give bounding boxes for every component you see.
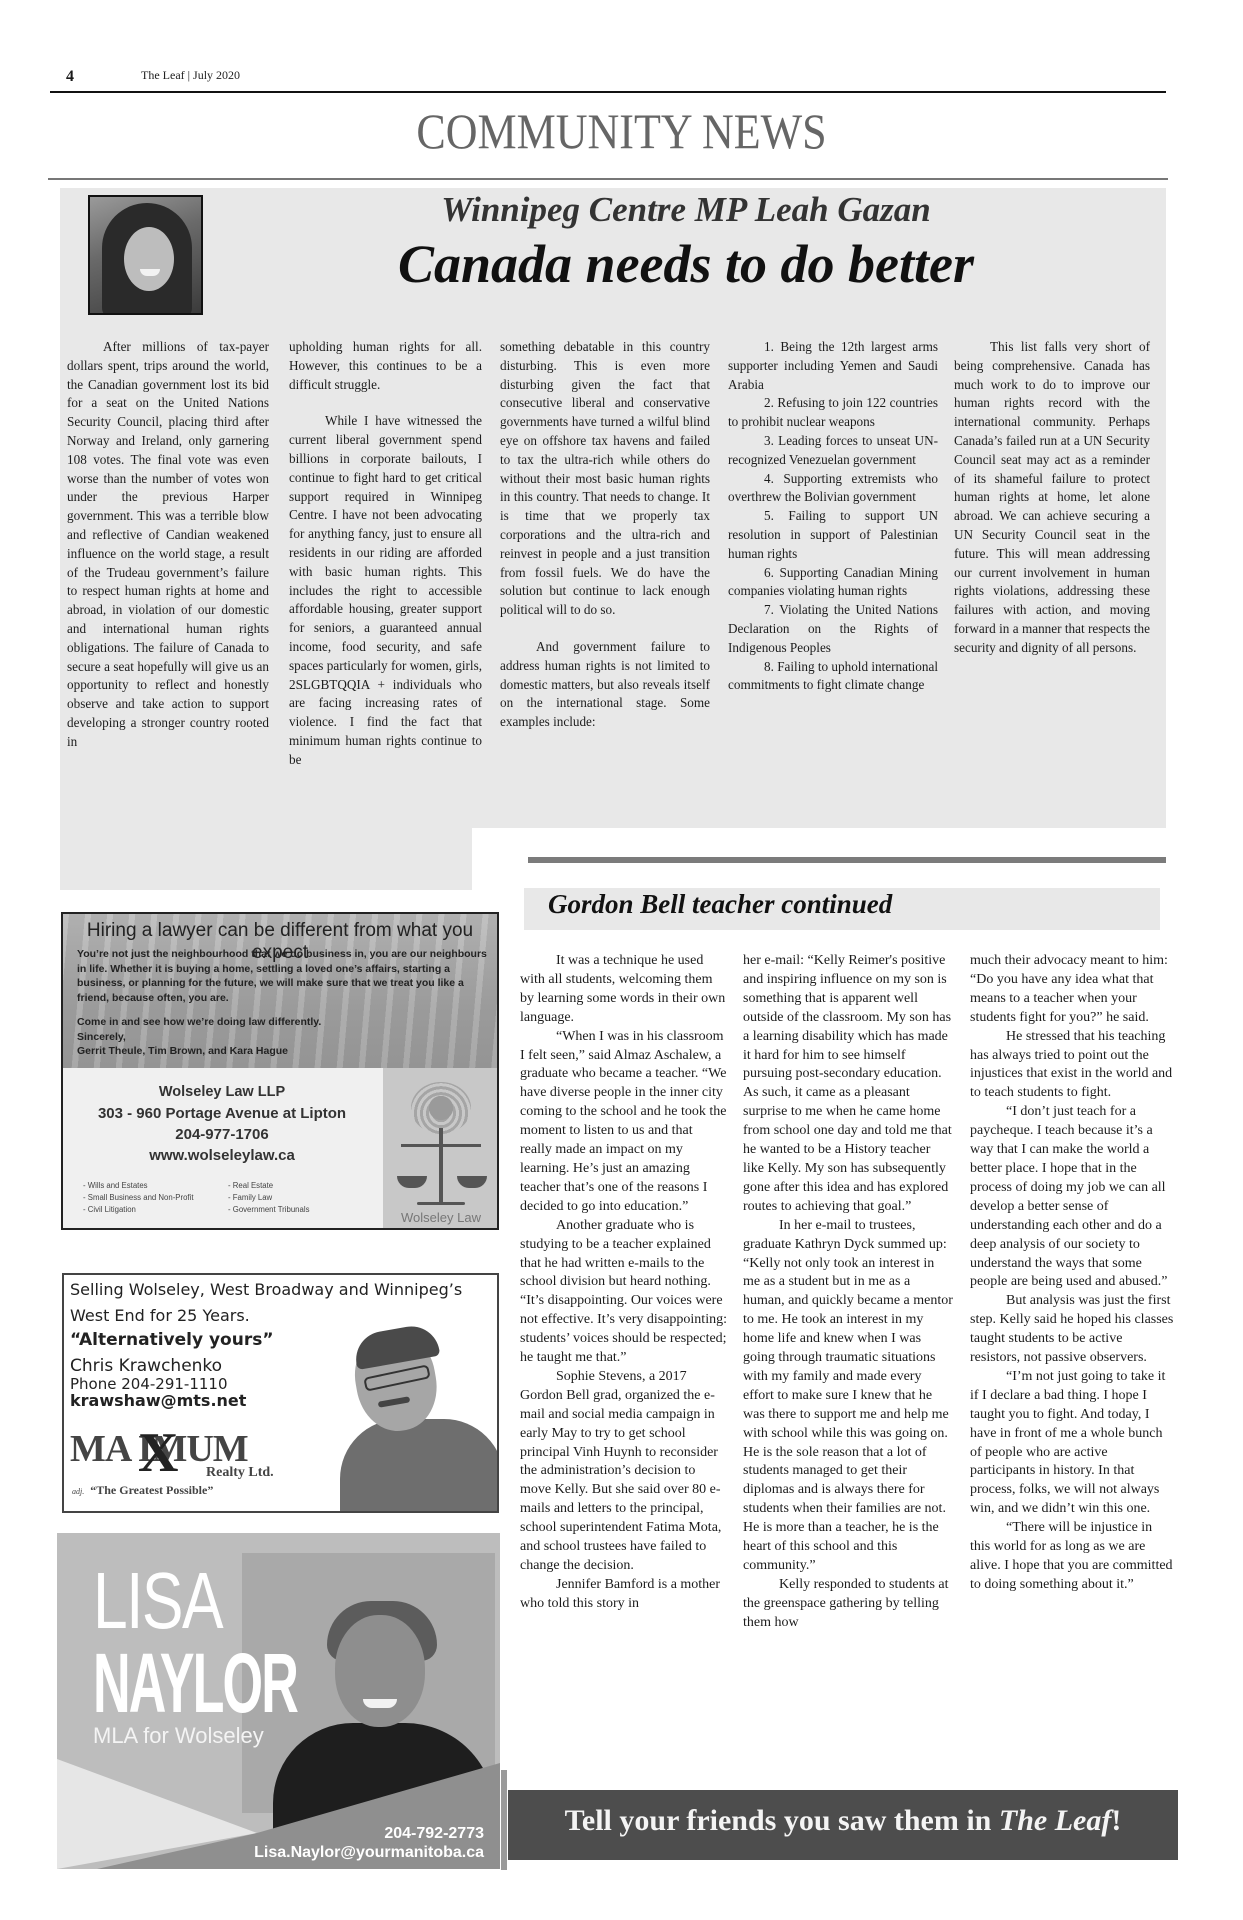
paragraph: “I’m not just going to take it if I decl… (970, 1368, 1175, 1519)
paragraph: much their advocacy meant to him: “Do yo… (970, 952, 1175, 1028)
ad-signatures: Gerrit Theule, Tim Brown, and Kara Hague (77, 1044, 487, 1059)
paragraph: “I don’t just teach for a paycheque. I t… (970, 1103, 1175, 1292)
list-item: 7. Violating the United Nations Declarat… (728, 601, 938, 657)
photo-sweater (340, 1419, 499, 1513)
article-kicker: Winnipeg Centre MP Leah Gazan (236, 190, 1136, 230)
paragraph: But analysis was just the first step. Ke… (970, 1292, 1175, 1368)
firm-name: Wolseley Law LLP (63, 1082, 381, 1103)
paragraph: Sophie Stevens, a 2017 Gordon Bell grad,… (520, 1368, 727, 1576)
services-list: - Wills and Estates - Real Estate - Smal… (83, 1180, 383, 1216)
firm-phone: 204-977-1706 (63, 1124, 381, 1145)
realtor-name: Chris Krawchenko (70, 1357, 222, 1375)
realty-tagline-2: West End for 25 Years. (70, 1306, 250, 1325)
logo-adj: adj. (72, 1487, 84, 1496)
article2-column-1: It was a technique he used with all stud… (520, 952, 727, 1614)
author-portrait (88, 195, 203, 315)
paragraph: “There will be injustice in this world f… (970, 1519, 1175, 1595)
paragraph: Another graduate who is studying to be a… (520, 1217, 727, 1368)
maximum-realty-logo: MA IMUM X Realty Ltd. adj.“The Greatest … (70, 1427, 300, 1507)
paragraph: her e-mail: “Kelly Reimer's positive and… (743, 952, 953, 1217)
scales-pan-right (457, 1176, 487, 1188)
section-title: COMMUNITY NEWS (75, 102, 1169, 160)
logo-x-icon: X (138, 1421, 178, 1485)
lisa-naylor-ad[interactable]: LISA NAYLOR MLA for Wolseley 204-792-277… (57, 1533, 500, 1869)
service-item: - Family Law (228, 1192, 373, 1204)
paragraph: In her e-mail to trustees, graduate Kath… (743, 1217, 953, 1576)
ad-photo-background: Hiring a lawyer can be different from wh… (63, 914, 497, 1068)
scales-beam (401, 1144, 481, 1147)
mla-phone: 204-792-2773 (384, 1825, 484, 1843)
paragraph: While I have witnessed the current liber… (289, 412, 482, 769)
service-item: - Civil Litigation (83, 1204, 228, 1216)
mla-last-name: NAYLOR (93, 1641, 297, 1725)
mla-first-name: LISA (93, 1561, 222, 1641)
article-box-extension (60, 828, 472, 890)
paragraph: And government failure to address human … (500, 638, 710, 732)
realty-ad[interactable]: Selling Wolseley, West Broadway and Winn… (62, 1273, 499, 1513)
list-item: 2. Refusing to join 122 countries to pro… (728, 394, 938, 432)
header-rule (50, 91, 1166, 93)
firm-website[interactable]: www.wolseleylaw.ca (63, 1145, 381, 1166)
paragraph: Jennifer Bamford is a mother who told th… (520, 1576, 727, 1614)
article-column-3: something debatable in this country dist… (500, 338, 710, 732)
paragraph: It was a technique he used with all stud… (520, 952, 727, 1028)
paragraph: something debatable in this country dist… (500, 338, 710, 620)
list-item: 1. Being the 12th largest arms supporter… (728, 338, 938, 394)
realty-tagline-1: Selling Wolseley, West Broadway and Winn… (70, 1280, 462, 1299)
list-item: 6. Supporting Canadian Mining companies … (728, 564, 938, 602)
article-headline: Canada needs to do better (236, 233, 1136, 295)
scales-pan-left (397, 1176, 427, 1188)
page-number: 4 (66, 68, 74, 86)
list-item: 3. Leading forces to unseat UN-recognize… (728, 432, 938, 470)
service-item: - Real Estate (228, 1180, 373, 1192)
paragraph: Kelly responded to students at the green… (743, 1576, 953, 1633)
article-column-1: After millions of tax-payer dollars spen… (67, 338, 269, 752)
paragraph: After millions of tax-payer dollars spen… (67, 338, 269, 752)
logo-tagline: adj.“The Greatest Possible” (72, 1483, 213, 1498)
ad-contact-info: Wolseley Law LLP 303 - 960 Portage Avenu… (63, 1082, 381, 1166)
banner-text-start: Tell your friends you saw them in (565, 1804, 999, 1837)
article-column-5: This list falls very short of being comp… (954, 338, 1150, 658)
photo-face (335, 1615, 425, 1727)
logo-text: Wolseley Law (383, 1210, 499, 1225)
scales-post (439, 1128, 443, 1204)
realtor-email[interactable]: krawshaw@mts.net (70, 1391, 246, 1410)
mla-title: MLA for Wolseley (93, 1723, 264, 1749)
paragraph: He stressed that his teaching has always… (970, 1028, 1175, 1104)
article2-title: Gordon Bell teacher continued (548, 889, 892, 920)
service-item: - Wills and Estates (83, 1180, 228, 1192)
running-head: The Leaf | July 2020 (141, 68, 240, 83)
article2-rule (528, 857, 1166, 863)
paragraph: “When I was in his classroom I felt seen… (520, 1028, 727, 1217)
scales-tree-logo-icon: Wolseley Law (383, 1068, 499, 1230)
wolseley-law-ad[interactable]: Hiring a lawyer can be different from wh… (61, 912, 499, 1230)
ad-closing: Come in and see how we’re doing law diff… (77, 1015, 487, 1030)
article-column-2: upholding human rights for all. However,… (289, 338, 482, 770)
promo-banner-text: Tell your friends you saw them in The Le… (508, 1804, 1178, 1838)
ad-signoff: Sincerely, (77, 1030, 487, 1045)
photo-smile (363, 1699, 397, 1708)
banner-side-rule (501, 1770, 507, 1870)
banner-publication-name: The Leaf (999, 1804, 1111, 1837)
article2-column-2: her e-mail: “Kelly Reimer's positive and… (743, 952, 953, 1633)
realty-slogan: “Alternatively yours” (70, 1330, 274, 1350)
list-item: 4. Supporting extremists who overthrew t… (728, 470, 938, 508)
scales-base (417, 1202, 465, 1205)
portrait-face (124, 227, 174, 291)
section-rule (48, 178, 1168, 180)
service-item: - Government Tribunals (228, 1204, 373, 1216)
firm-address: 303 - 960 Portage Avenue at Lipton (63, 1103, 381, 1124)
article-column-4-list: 1. Being the 12th largest arms supporter… (728, 338, 938, 695)
ad-contact-section: Wolseley Law LLP 303 - 960 Portage Avenu… (63, 1068, 497, 1230)
tree-icon (411, 1082, 471, 1134)
mla-email[interactable]: Lisa.Naylor@yourmanitoba.ca (254, 1844, 484, 1862)
logo-tagline-text: “The Greatest Possible” (90, 1483, 213, 1497)
banner-text-end: ! (1111, 1804, 1121, 1837)
ad-body-text: You’re not just the neighbourhood that w… (77, 947, 487, 1005)
service-item: - Small Business and Non-Profit (83, 1192, 228, 1204)
list-item: 8. Failing to uphold international commi… (728, 658, 938, 696)
paragraph: upholding human rights for all. However,… (289, 338, 482, 394)
logo-subtitle: Realty Ltd. (206, 1465, 274, 1481)
paragraph: This list falls very short of being comp… (954, 338, 1150, 658)
ad-body: You’re not just the neighbourhood that w… (77, 947, 487, 1059)
realtor-photo (336, 1327, 499, 1513)
list-item: 5. Failing to support UN resolution in s… (728, 507, 938, 563)
article2-column-3: much their advocacy meant to him: “Do yo… (970, 952, 1175, 1595)
